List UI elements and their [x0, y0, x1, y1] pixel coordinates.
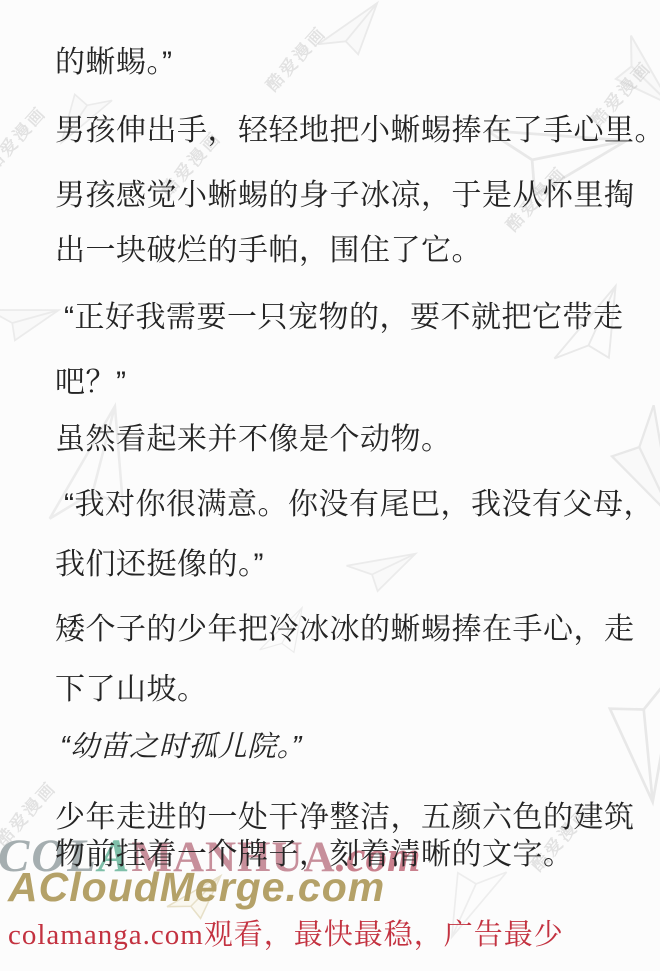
text-line: 下了山坡。 [55, 673, 208, 708]
text-line: 物前挂着一个牌子，刻着清晰的文字。 [55, 838, 574, 873]
text-line: 的蜥蜴。” [55, 46, 173, 81]
text-line: 男孩伸出手，轻轻地把小蜥蜴捧在了手心里。 [55, 114, 660, 149]
text-line: 出一块破烂的手帕，围住了它。 [55, 234, 482, 269]
text-line: “我对你很满意。你没有尾巴，我没有父母， [64, 488, 654, 523]
text-line: “正好我需要一只宠物的，要不就把它带走 [64, 301, 624, 336]
text-line: 虽然看起来并不像是个动物。 [55, 423, 452, 458]
text-line: 吧？” [55, 366, 127, 401]
manga-text-page: 酷爱漫画 酷爱漫画 酷爱漫画 酷爱漫画 酷爱漫画 酷爱漫画 酷爱漫画 COLAM… [0, 0, 660, 971]
text-line: 矮个子的少年把冷冰冰的蜥蜴捧在手心，走 [55, 613, 635, 648]
text-line: 男孩感觉小蜥蜴的身子冰凉，于是从怀里掏 [55, 179, 635, 214]
text-line-sign-quote: “幼苗之时孤儿院。” [60, 731, 302, 764]
text-line: 我们还挺像的。” [55, 548, 264, 583]
narrative-text: 的蜥蜴。” 男孩伸出手，轻轻地把小蜥蜴捧在了手心里。 男孩感觉小蜥蜴的身子冰凉，… [0, 0, 660, 971]
promo-footer-text: colamanga.com观看，最快最稳，广告最少 [8, 912, 564, 953]
text-line: 少年走进的一处干净整洁，五颜六色的建筑 [55, 801, 635, 836]
